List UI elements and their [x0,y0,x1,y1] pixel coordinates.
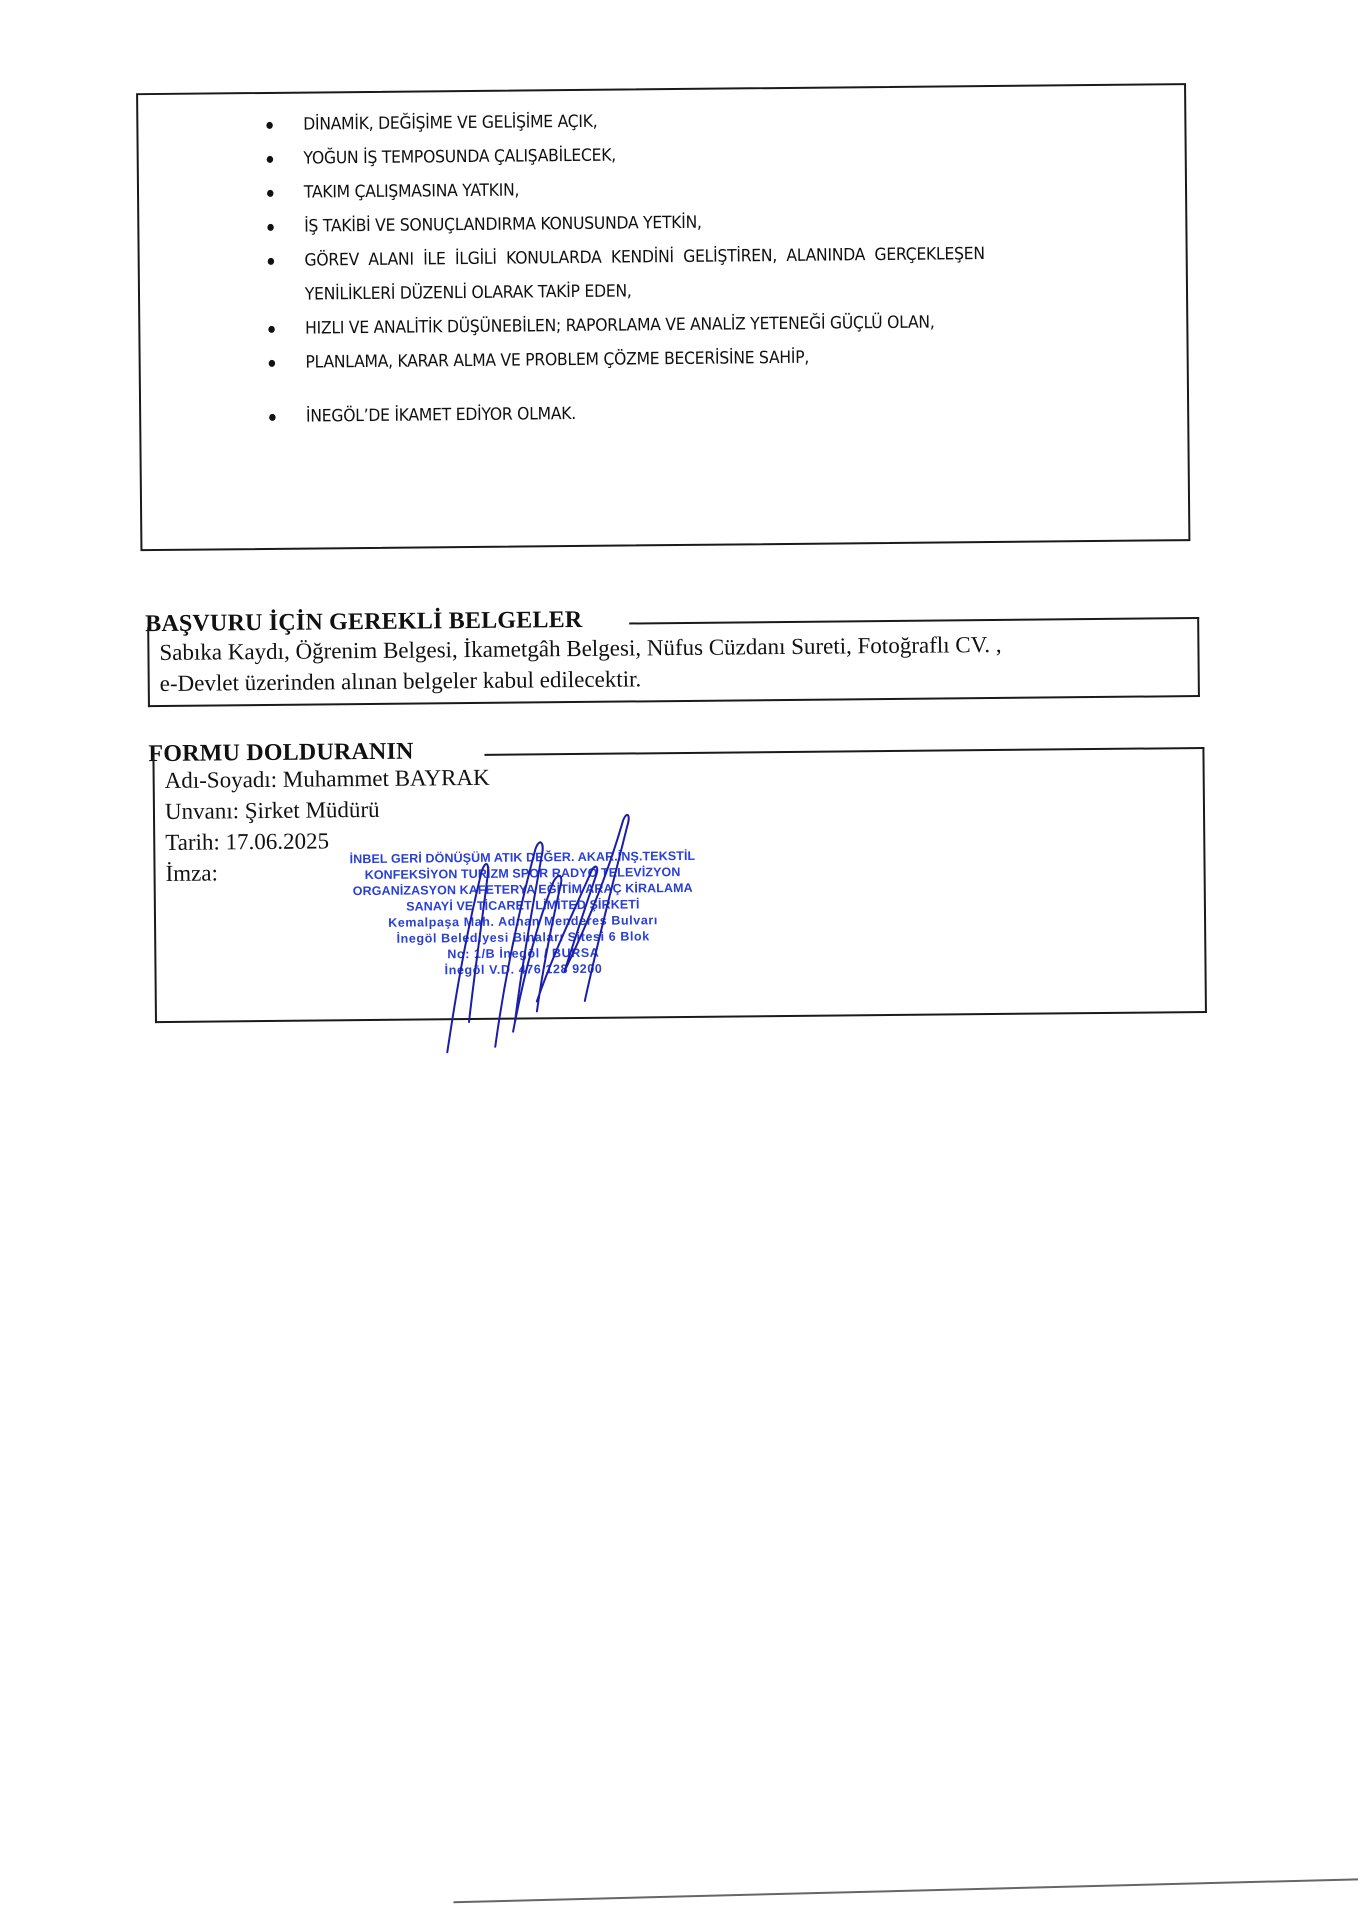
bullet-icon [269,414,276,421]
filler-name: Adı-Soyadı: Muhammet BAYRAK [165,762,490,796]
bullet-icon [268,258,275,265]
bullet-icon [267,224,274,231]
filler-position: Unvanı: Şirket Müdürü [165,793,490,827]
bullet-icon [266,122,273,129]
list-item: İNEGÖL’DE İKAMET EDİYOR OLMAK. [269,393,986,434]
qualifications-list: DİNAMİK, DEĞİŞİME VE GELİŞİME AÇIK, YOĞU… [266,100,1048,433]
bottom-divider [453,1878,1358,1903]
document-page: DİNAMİK, DEĞİŞİME VE GELİŞİME AÇIK, YOĞU… [0,0,1358,1920]
bullet-icon [267,190,274,197]
qualifications-box: DİNAMİK, DEĞİŞİME VE GELİŞİME AÇIK, YOĞU… [136,83,1190,551]
company-stamp: İNBEL GERİ DÖNÜŞÜM ATIK DEĞER. AKAR.İNŞ.… [347,848,698,979]
required-documents-text: Sabıka Kaydı, Öğrenim Belgesi, İkametgâh… [159,629,1002,699]
list-item: GÖREV ALANI İLE İLGİLİ KONULARDA KENDİNİ… [268,237,986,312]
list-item: PLANLAMA, KARAR ALMA VE PROBLEM ÇÖZME BE… [269,339,986,380]
required-documents-box: Sabıka Kaydı, Öğrenim Belgesi, İkametgâh… [147,617,1200,707]
bullet-icon [268,326,275,333]
bullet-icon [267,156,274,163]
bullet-icon [269,360,276,367]
